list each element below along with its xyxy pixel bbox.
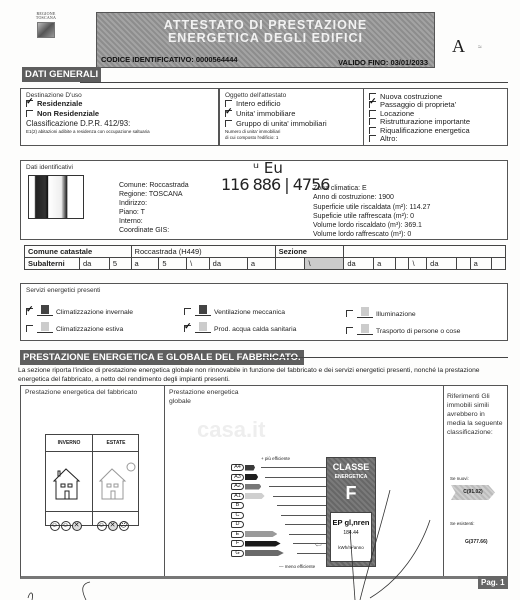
oggetto-label: Oggetto dell'attestato <box>225 92 358 99</box>
scale-guide-line <box>277 505 331 506</box>
coordinate-gis: Coordinate GIS: <box>119 226 189 235</box>
classificazione-label: Classificazione D.P.R. 412/93: <box>26 119 213 129</box>
cell: da <box>427 258 457 270</box>
checkbox-icon[interactable] <box>26 100 33 107</box>
classe-title: CLASSE <box>327 462 375 472</box>
scale-guide-line <box>285 524 331 525</box>
valido-fino: VALIDO FINO: 03/01/2033 <box>338 58 428 67</box>
scale-label: G <box>231 550 244 557</box>
cell: a <box>131 258 159 270</box>
cell: da <box>209 258 247 270</box>
section-dati-generali: DATI GENERALI <box>22 67 101 82</box>
scale-label: A4 <box>231 464 244 471</box>
cell: 5 <box>109 258 131 270</box>
classificazione-value: E1(2) abitazioni adibite a residenza con… <box>26 129 213 135</box>
watermark: casa.it <box>197 417 266 443</box>
fabbricato-label: Prestazione energetica del fabbricato <box>25 388 145 397</box>
cell: 5 <box>159 258 187 270</box>
indirizzo: Indirizzo: <box>119 199 189 208</box>
volume-raffrescato: Volume lordo raffrescato (m³): 0 <box>313 230 430 239</box>
destinazione-label: Destinazione D'uso <box>26 92 213 99</box>
piano: Piano: T <box>119 208 189 217</box>
checkbox-icon[interactable] <box>369 135 376 142</box>
scale-row-a4: A4 <box>231 464 255 471</box>
checkbox-icon[interactable] <box>225 120 232 127</box>
checkbox-icon[interactable] <box>369 127 376 134</box>
scale-guide-line <box>273 496 331 497</box>
page-number: Pag. 1 <box>478 576 508 589</box>
option-non-residenziale[interactable]: Non Residenziale <box>26 109 213 119</box>
zona-climatica: Zona climatica: E <box>313 184 430 193</box>
scale-row-a1: A1 <box>231 493 265 500</box>
signature-scribble <box>20 580 100 600</box>
destinazione-box: Destinazione D'uso Residenziale Non Resi… <box>20 88 219 146</box>
scale-bar <box>245 550 284 556</box>
servizio-illuminazione[interactable]: Illuminazione <box>346 306 416 318</box>
sezione-value <box>344 246 506 258</box>
oggetto-box: Oggetto dell'attestato Intero edificio U… <box>219 88 364 146</box>
scale-guide-line <box>281 515 331 516</box>
se-nuovi-label: Se nuovi: <box>450 476 469 481</box>
volume-riscaldato: Volume lordo riscaldato (m³): 369.1 <box>313 221 430 230</box>
sezione-label: Sezione <box>275 246 344 258</box>
sad-face-icon: ☹ <box>119 521 129 531</box>
scale-guide-line <box>289 534 331 535</box>
cell: \ <box>305 258 344 270</box>
servizio-ventilazione[interactable]: Ventilazione meccanica <box>184 304 285 316</box>
divider <box>46 451 138 452</box>
checkbox-icon[interactable] <box>26 325 33 332</box>
handwriting-number: 116 886 | 4756 <box>221 175 329 194</box>
cell: a <box>470 258 492 270</box>
option-gruppo-unita[interactable]: Gruppo di unita' immobiliari <box>225 119 358 129</box>
checkbox-icon[interactable] <box>184 308 191 315</box>
numero-unita-line2: di cui composto l'edificio: 1 <box>225 135 358 141</box>
scale-row-g: G <box>231 550 284 557</box>
fan-icon <box>195 304 211 316</box>
codice-identificativo: CODICE IDENTIFICATIVO: 0000564444 <box>101 55 238 64</box>
cell <box>275 258 305 270</box>
se-esistenti-label: Se esistenti: <box>450 521 475 526</box>
comune-catastale-label: Comune catastale <box>25 246 132 258</box>
scale-bar <box>245 465 255 471</box>
subalterni-label: Subalterni <box>25 258 80 270</box>
fabbricato-panel: INVERNO ESTATE ☺☺✕ ☺✕☹ <box>45 434 139 526</box>
cell <box>456 258 470 270</box>
neutral-face-selected-icon: ✕ <box>108 521 118 531</box>
water-heater-icon <box>195 321 211 333</box>
lamp-icon <box>357 306 373 318</box>
identificativi-left: Comune: Roccastrada Regione: TOSCANA Ind… <box>119 181 189 235</box>
servizio-climatizzazione-estiva[interactable]: Climatizzazione estiva <box>26 321 123 333</box>
cell: a <box>247 258 275 270</box>
divider <box>46 511 138 512</box>
checkbox-icon[interactable] <box>184 325 191 332</box>
estate-rating: ☺✕☹ <box>96 514 129 532</box>
scale-label: A3 <box>231 474 244 481</box>
scale-bar <box>245 474 258 480</box>
house-summer-icon <box>98 461 138 501</box>
regione-emblem-icon <box>37 22 55 38</box>
radiator-icon <box>37 304 53 316</box>
option-unita-immobiliare[interactable]: Unita' immobiliare <box>225 109 358 119</box>
scale-row-e: E <box>231 531 277 538</box>
scale-row-b: B <box>231 502 244 509</box>
title-banner: ATTESTATO DI PRESTAZIONE ENERGETICA DEGL… <box>96 12 435 68</box>
cell: da <box>80 258 110 270</box>
dati-identificativi-box: Dati identificativi Comune: Roccastrada … <box>20 160 508 240</box>
interno: Interno: <box>119 217 189 226</box>
checkbox-icon[interactable] <box>346 327 353 334</box>
inverno-rating: ☺☺✕ <box>49 514 82 532</box>
identificativi-right: Zona climatica: E Anno di costruzione: 1… <box>313 184 430 240</box>
stamp-mark: A <box>452 36 465 57</box>
scale-label: B <box>231 502 244 509</box>
scale-guide-line <box>269 486 331 487</box>
comune-catastale-value: Roccastrada (H449) <box>131 246 275 258</box>
scale-bar <box>245 484 261 490</box>
scale-row-a3: A3 <box>231 474 258 481</box>
logo-text: REGIONE TOSCANA <box>33 12 59 20</box>
motivo-box: Nuova costruzione Passaggio di proprieta… <box>364 88 508 146</box>
building-photo <box>28 175 84 219</box>
smile-face-icon: ☺ <box>50 521 60 531</box>
scale-guide-line <box>265 477 331 478</box>
cell: a <box>374 258 396 270</box>
checkbox-icon[interactable] <box>369 110 376 117</box>
scale-bar <box>245 493 265 499</box>
inverno-label: INVERNO <box>46 440 92 446</box>
prestazione-description: La sezione riporta l'indice di prestazio… <box>18 366 508 384</box>
scale-bar <box>245 541 281 547</box>
divider <box>260 357 508 358</box>
divider <box>443 386 444 576</box>
stamp-mark-small: ≈ <box>478 44 482 51</box>
title-line-2: ENERGETICA DEGLI EDIFICI <box>97 31 434 45</box>
riferimenti-text: Riferimenti Gli immobili simili avrebber… <box>447 392 505 437</box>
dati-identificativi-label: Dati identificativi <box>26 164 73 171</box>
piu-efficiente-label: + più efficiente <box>261 456 290 461</box>
scale-row-a2: A2 <box>231 483 261 490</box>
cell: \ <box>409 258 427 270</box>
scale-label: D <box>231 521 244 528</box>
cell <box>492 258 506 270</box>
scale-label: E <box>231 531 244 538</box>
servizio-acqua-calda[interactable]: Prod. acqua calda sanitaria <box>184 321 296 333</box>
checkbox-icon[interactable] <box>369 118 376 125</box>
checkbox-icon[interactable] <box>26 308 33 315</box>
se-nuovi-value: C(91.02) <box>451 485 495 500</box>
servizio-trasporto[interactable]: Trasporto di persone o cose <box>346 323 460 335</box>
anno-costruzione: Anno di costruzione: 1900 <box>313 193 430 202</box>
divider <box>164 386 165 576</box>
title-line-1: ATTESTATO DI PRESTAZIONE <box>97 18 434 32</box>
classe-subtitle: ENERGETICA <box>327 474 375 480</box>
regione: Regione: TOSCANA <box>119 190 189 199</box>
elevator-icon <box>357 323 373 335</box>
signature-scribble <box>330 490 440 600</box>
house-winter-icon <box>52 465 82 501</box>
air-conditioner-icon <box>37 321 53 333</box>
superficie-raffrescata: Supeficie utile raffrescata (m²): 0 <box>313 212 430 221</box>
globale-label: Prestazione energetica globale <box>169 388 259 406</box>
checkbox-icon[interactable] <box>26 110 33 117</box>
servizio-climatizzazione-invernale[interactable]: Climatizzazione invernale <box>26 304 133 316</box>
divider <box>80 82 508 83</box>
regione-toscana-logo: REGIONE TOSCANA <box>33 12 59 38</box>
scale-guide-line <box>261 467 331 468</box>
scale-label: A2 <box>231 483 244 490</box>
scale-row-d: D <box>231 521 244 528</box>
cell <box>395 258 409 270</box>
scale-row-f: F <box>231 540 281 547</box>
scale-label: C <box>231 512 244 519</box>
servizi-box: Servizi energetici presenti Climatizzazi… <box>20 283 508 341</box>
checkbox-icon[interactable] <box>346 310 353 317</box>
cell: \ <box>187 258 210 270</box>
option-residenziale[interactable]: Residenziale <box>26 99 213 109</box>
servizi-label: Servizi energetici presenti <box>26 287 100 294</box>
scale-bar <box>245 531 277 537</box>
se-esistenti-value: G(377.66) <box>465 539 488 545</box>
scale-label: F <box>231 540 244 547</box>
class-pointer-icon: ⇦ <box>315 540 322 549</box>
meno-efficiente-label: — meno efficiente <box>279 564 315 569</box>
checkbox-icon[interactable] <box>369 101 376 108</box>
estate-label: ESTATE <box>93 440 139 446</box>
option-altro[interactable]: Altro: <box>369 135 502 143</box>
catasto-table: Comune catastale Roccastrada (H449) Sezi… <box>24 245 506 270</box>
cell: da <box>344 258 374 270</box>
smile-face-icon: ☺ <box>97 521 107 531</box>
scale-row-c: C <box>231 512 244 519</box>
superficie-riscaldata: Superficie utile riscaldata (m²): 114.27 <box>313 203 430 212</box>
scale-label: A1 <box>231 493 244 500</box>
neutral-face-icon: ☺ <box>61 521 71 531</box>
comune: Comune: Roccastrada <box>119 181 189 190</box>
sad-face-selected-icon: ✕ <box>72 521 82 531</box>
checkbox-icon[interactable] <box>225 110 232 117</box>
option-intero-edificio[interactable]: Intero edificio <box>225 99 358 109</box>
